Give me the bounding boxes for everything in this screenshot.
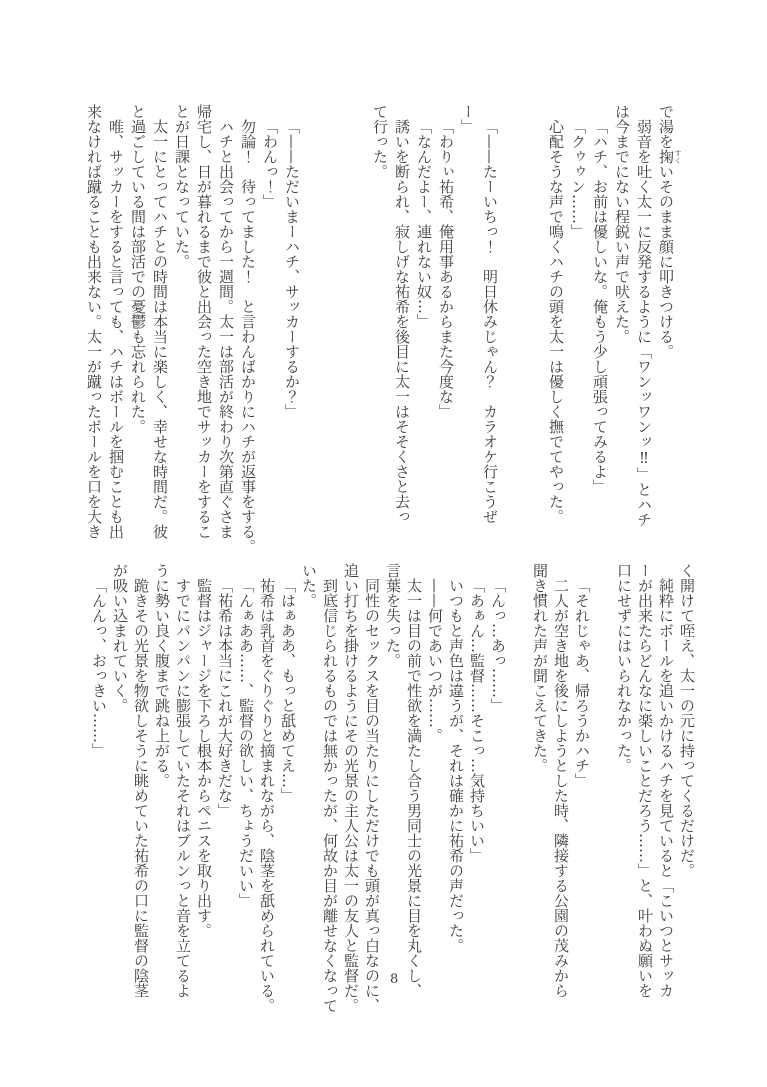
text-line: 勿論！ 待ってました！ と言わんばかりにハチが返事をする。 bbox=[237, 104, 259, 542]
text-line: 「はぁああ、もっと舐めてえ…」 bbox=[277, 563, 298, 1015]
text-line: 祐希は乳首をぐりぐりと摘まれながら、陰茎を舐められている。 bbox=[256, 563, 277, 1015]
text-line: 「——たーいちっ！ 明日休みじゃん？ カラオケ行こうぜ bbox=[479, 104, 501, 542]
text-line: 帰宅し、日が暮れるまで彼と出会った空き地でサッカーをするこ bbox=[193, 104, 215, 542]
furigana-annotation: 掬すく bbox=[657, 149, 675, 164]
novel-text-block-bottom: く開けて咥え、太一の元に持ってくるだけだ。純粋にボールを追いかけるハチを見ている… bbox=[88, 563, 697, 1015]
text-line: 太一にとってハチとの時間は本当に楽しく、幸せな時間だ。彼 bbox=[149, 104, 171, 542]
text-line: で湯を掬すくいそのまま顔に叩きつける。 bbox=[655, 104, 682, 542]
text-line: 聞き慣れた声が聞こえてきた。 bbox=[529, 563, 550, 1015]
text-line: 弱音を吐く太一に反発するように「ワンッワンッ‼」とハチ bbox=[633, 104, 655, 542]
text-line: が吸い込まれていく。 bbox=[109, 563, 130, 1015]
text-line: とが日課となっていた。 bbox=[171, 104, 193, 542]
novel-page: { "page": { "background": "#ffffff", "te… bbox=[0, 0, 767, 1087]
text-line: 心配そうな声で鳴くハチの頭を太一は優しく撫でてやった。 bbox=[545, 104, 567, 542]
text-line: ー」 bbox=[457, 104, 479, 542]
page-number: 8 bbox=[390, 972, 398, 987]
text-line: 「それじゃあ、帰ろうかハチ」 bbox=[571, 563, 592, 1015]
text-line: 「あぁん…監督……そこっ…気持ちいい」 bbox=[466, 563, 487, 1015]
novel-text-block-top: で湯を掬すくいそのまま顔に叩きつける。弱音を吐く太一に反発するように「ワンッワン… bbox=[83, 104, 682, 542]
text-line: 跪きその光景を物欲しそうに眺めていた祐希の口に監督の陰茎 bbox=[130, 563, 151, 1015]
text-line: と過ごしている間は部活での憂鬱も忘れられた。 bbox=[127, 104, 149, 542]
text-line: 来なければ蹴ることも出来ない。太一が蹴ったボールを口を大き bbox=[83, 104, 105, 542]
text-line: 「ハチ、お前は優しいな。俺もう少し頑張ってみるよ」 bbox=[589, 104, 611, 542]
text-line: く開けて咥え、太一の元に持ってくるだけだ。 bbox=[676, 563, 697, 1015]
text-line: 「——ただいまーハチ、サッカーするか？」 bbox=[281, 104, 303, 542]
text-line: 言葉を失った。 bbox=[382, 563, 403, 1015]
text-line: は今までにない程鋭い声で吠えた。 bbox=[611, 104, 633, 542]
text-line: 「クゥゥン……」 bbox=[567, 104, 589, 542]
text-line: 唯、サッカーをすると言っても、ハチはボールを掴むことも出 bbox=[105, 104, 127, 542]
text-line: 二人が空き地を後にしようとした時、隣接する公園の茂みから bbox=[550, 563, 571, 1015]
text-line: 口にせずにはいられなかった。 bbox=[613, 563, 634, 1015]
text-line: 「んっ…あっ……」 bbox=[487, 563, 508, 1015]
text-line: 「んぁああ……、監督の欲しい、ちょうだいい」 bbox=[235, 563, 256, 1015]
text-line: 到底信じられるものでは無かったが、何故か目が離せなくなって bbox=[319, 563, 340, 1015]
text-line: 「なんだよー、連れない奴…」 bbox=[413, 104, 435, 542]
text-line: 純粋にボールを追いかけるハチを見ていると「こいつとサッカ bbox=[655, 563, 676, 1015]
text-line: いた。 bbox=[298, 563, 319, 1015]
text-line: ——何であいつが……。 bbox=[424, 563, 445, 1015]
text-line: て行った。 bbox=[369, 104, 391, 542]
text-line: 追い打ちを掛けるようにその光景の主人公は太一の友人と監督だ。 bbox=[340, 563, 361, 1015]
text-line: 誘いを断られ、寂しげな祐希を後目に太一はそそくさと去っ bbox=[391, 104, 413, 542]
text-line: いつもと声色は違うが、それは確かに祐希の声だった。 bbox=[445, 563, 466, 1015]
text-line: うに勢い良く腹まで跳ね上がる。 bbox=[151, 563, 172, 1015]
text-line: 「わりぃ祐希、俺用事あるからまた今度な」 bbox=[435, 104, 457, 542]
text-line: 同性のセックスを目の当たりにしただけでも頭が真っ白なのに、 bbox=[361, 563, 382, 1015]
text-line: 「祐希は本当にこれが大好きだな」 bbox=[214, 563, 235, 1015]
text-line: ハチと出会ってから一週間。太一は部活が終わり次第直ぐさま bbox=[215, 104, 237, 542]
text-line: ーが出来たらどんなに楽しいことだろう……」と、叶わぬ願いを bbox=[634, 563, 655, 1015]
text-line: 太一は目の前で性欲を満たし合う男同士の光景に目を丸くし、 bbox=[403, 563, 424, 1015]
text-line: 「わんっ！」 bbox=[259, 104, 281, 542]
text-line: すでにパンパンに膨張していたそれはブルンっと音を立てるよ bbox=[172, 563, 193, 1015]
text-line: 監督はジャージを下ろし根本からペニスを取り出す。 bbox=[193, 563, 214, 1015]
text-line: 「んんっ、おっきい……」 bbox=[88, 563, 109, 1015]
